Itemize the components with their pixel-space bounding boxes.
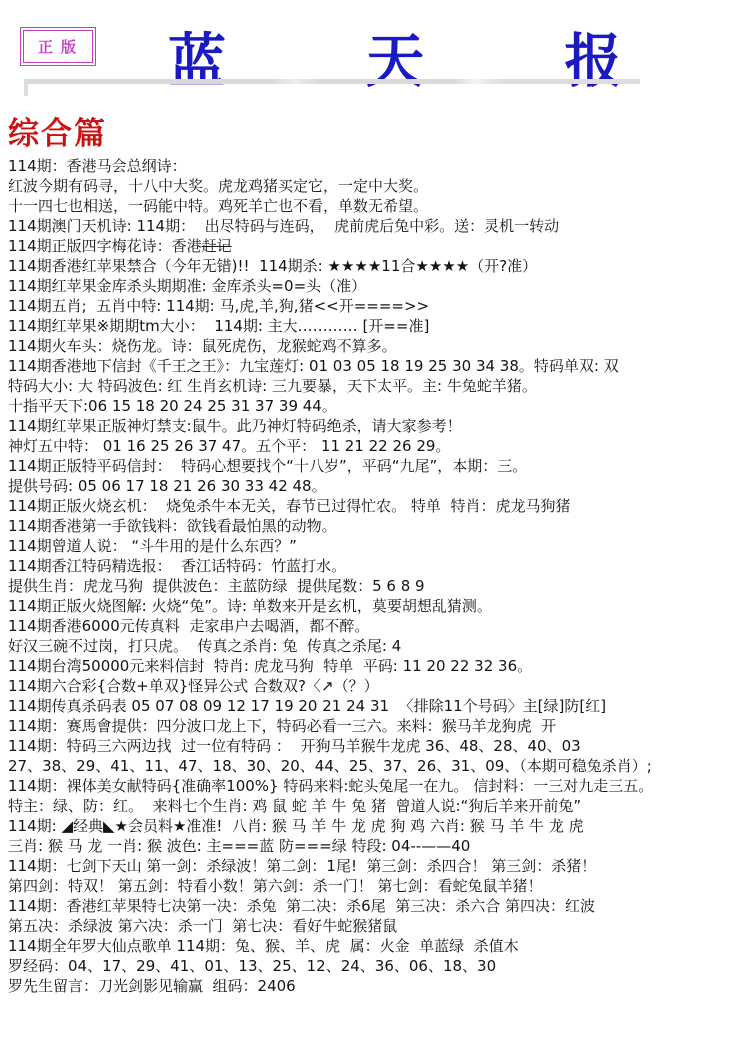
- text-line-content: 特主：绿、防：红。 来料七个生肖: 鸡 鼠 蛇 羊 牛 兔 猪 曾道人说:“狗后…: [8, 797, 581, 815]
- text-line: 114期香江特码精选报： 香江话特码：竹蓝打水。: [8, 556, 748, 576]
- text-line-content: 第四剑：特双！ 第五剑：特看小数！第六剑：杀一门！ 第七剑：看蛇兔鼠羊猪！: [8, 877, 543, 895]
- text-line-content: 114期全年罗大仙点歌单 114期：兔、猴、羊、虎 属：火金 单蓝绿 杀值木: [8, 937, 519, 955]
- text-line: 114期全年罗大仙点歌单 114期：兔、猴、羊、虎 属：火金 单蓝绿 杀值木: [8, 936, 748, 956]
- text-line: 114期红苹果正版神灯禁支:鼠牛。此乃神灯特码绝杀，请大家参考！: [8, 416, 748, 436]
- text-line-content: 114期正版四字梅花诗：香港: [8, 237, 202, 255]
- text-line: 114期五肖; 五肖中特: 114期: 马,虎,羊,狗,猪<<开====>>: [8, 296, 748, 316]
- text-line: 114期正版特平码信封： 特码心想要找个“十八岁”，平码“九尾”，本期：三。: [8, 456, 748, 476]
- text-line-content: 114期台湾50000元来料信封 特肖: 虎龙马狗 特单 平码: 11 20 2…: [8, 657, 532, 675]
- text-line-content: 114期香港地下信封《千王之王》：九宝莲灯: 01 03 05 18 19 25…: [8, 357, 619, 375]
- text-line: 27、38、29、41、11、47、18、30、20、44、25、37、26、3…: [8, 756, 748, 776]
- text-line: 114期：裸体美女献特码{准确率100%} 特码来料:蛇头兔尾一在九。 信封料：…: [8, 776, 748, 796]
- text-line: 114期台湾50000元来料信封 特肖: 虎龙马狗 特单 平码: 11 20 2…: [8, 656, 748, 676]
- text-line: 提供号码: 05 06 17 18 21 26 30 33 42 48。: [8, 476, 748, 496]
- text-line-content: 114期：赛馬會提供：四分波口龙上下，特码必看一三六。来料：猴马羊龙狗虎 开: [8, 717, 556, 735]
- text-line: 罗经码：04、17、29、41、01、13、25、12、24、36、06、18、…: [8, 956, 748, 976]
- text-line-content: 罗经码：04、17、29、41、01、13、25、12、24、36、06、18、…: [8, 957, 496, 975]
- text-line: 好汉三碗不过岗，打只虎。 传真之杀肖: 兔 传真之杀尾: 4: [8, 636, 748, 656]
- text-line-content: 114期火车头：烧伤龙。诗：鼠死虎伤，龙猴蛇鸡不算多。: [8, 337, 397, 355]
- text-line-content: 三肖: 猴 马 龙 一肖: 猴 波色: 主===蓝 防===绿 特段: 04--…: [8, 837, 470, 855]
- text-line-content: 114期曾道人说： “斗牛用的是什么东西？”: [8, 537, 297, 555]
- text-line: 114期红苹果金库杀头期期准: 金库杀头=0=头（准）: [8, 276, 748, 296]
- text-line: 神灯五中特： 01 16 25 26 37 47。五个平： 11 21 22 2…: [8, 436, 748, 456]
- text-line-content: 114期：香港红苹果特七决第一决：杀兔 第二决：杀6尾 第三决：杀六合 第四决：…: [8, 897, 595, 915]
- newspaper-page: 正版 蓝 天 报 综合篇 114期：香港马会总纲诗：红波今期有码寻，十八中大奖。…: [0, 0, 748, 1037]
- text-line: 三肖: 猴 马 龙 一肖: 猴 波色: 主===蓝 防===绿 特段: 04--…: [8, 836, 748, 856]
- text-line: 特码大小: 大 特码波色: 红 生肖玄机诗: 三九要暴，天下太平。主: 牛兔蛇羊…: [8, 376, 748, 396]
- text-line: 114期香港6000元传真料 走家串户去喝酒，都不醉。: [8, 616, 748, 636]
- text-line-content: 27、38、29、41、11、47、18、30、20、44、25、37、26、3…: [8, 757, 652, 775]
- text-line: 114期：特码三六两边找 过一位有特码 ： 开狗马羊猴牛龙虎 36、48、28、…: [8, 736, 748, 756]
- text-line-content: 114期红苹果※期期tm大小： 114期: 主大………… [开==准]: [8, 317, 429, 335]
- text-line: 十一四七也相送，一码能中特。鸡死羊亡也不看，单数无希望。: [8, 196, 748, 216]
- text-line: 114期：香港红苹果特七决第一决：杀兔 第二决：杀6尾 第三决：杀六合 第四决：…: [8, 896, 748, 916]
- text-line-content: 114期正版特平码信封： 特码心想要找个“十八岁”，平码“九尾”，本期：三。: [8, 457, 527, 475]
- text-line-content: 114期正版火烧玄机： 烧兔杀牛本无关，春节已过得忙农。 特单 特肖：虎龙马狗猪: [8, 497, 570, 515]
- text-line: 114期正版火烧玄机： 烧兔杀牛本无关，春节已过得忙农。 特单 特肖：虎龙马狗猪: [8, 496, 748, 516]
- text-line-content: 提供号码: 05 06 17 18 21 26 30 33 42 48。: [8, 477, 327, 495]
- text-line-content: 114期香江特码精选报： 香江话特码：竹蓝打水。: [8, 557, 346, 575]
- text-line-content: 114期六合彩{合数+单双}怪异公式 合数双?〈↗（？）: [8, 677, 379, 695]
- text-line: 十指平天下:06 15 18 20 24 25 31 37 39 44。: [8, 396, 748, 416]
- text-line-content: 罗先生留言：刀光剑影见输赢 组码：2406: [8, 977, 296, 995]
- text-line: 114期: ◢经典◣★会员料★准准! 八肖: 猴 马 羊 牛 龙 虎 狗 鸡 六…: [8, 816, 748, 836]
- text-line: 114期传真杀码表 05 07 08 09 12 17 19 20 21 24 …: [8, 696, 748, 716]
- text-line-content: 114期：特码三六两边找 过一位有特码 ： 开狗马羊猴牛龙虎 36、48、28、…: [8, 737, 581, 755]
- text-body: 114期：香港马会总纲诗：红波今期有码寻，十八中大奖。虎龙鸡猪买定它，一定中大奖…: [8, 156, 748, 996]
- scan-artifact-tick: [24, 84, 28, 96]
- text-line: 114期火车头：烧伤龙。诗：鼠死虎伤，龙猴蛇鸡不算多。: [8, 336, 748, 356]
- text-line-content: 114期：裸体美女献特码{准确率100%} 特码来料:蛇头兔尾一在九。 信封料：…: [8, 777, 653, 795]
- text-line-content: 114期红苹果金库杀头期期准: 金库杀头=0=头（准）: [8, 277, 366, 295]
- text-line: 114期澳门天机诗: 114期： 出尽特码与连码， 虎前虎后兔中彩。送：灵机一转…: [8, 216, 748, 236]
- text-line: 特主：绿、防：红。 来料七个生肖: 鸡 鼠 蛇 羊 牛 兔 猪 曾道人说:“狗后…: [8, 796, 748, 816]
- text-line-content: 特码大小: 大 特码波色: 红 生肖玄机诗: 三九要暴，天下太平。主: 牛兔蛇羊…: [8, 377, 537, 395]
- authenticity-stamp: 正版: [20, 27, 96, 66]
- scan-artifact-line: [24, 79, 640, 84]
- text-line-content: 114期香港红苹果禁合（今年无错)!! 114期杀: ★★★★11合★★★★（开…: [8, 257, 537, 275]
- text-line: 114期：赛馬會提供：四分波口龙上下，特码必看一三六。来料：猴马羊龙狗虎 开: [8, 716, 748, 736]
- text-line: 第五决：杀绿波 第六决：杀一门 第七决：看好牛蛇猴猪鼠: [8, 916, 748, 936]
- text-line-content: 114期传真杀码表 05 07 08 09 12 17 19 20 21 24 …: [8, 697, 606, 715]
- text-line: 114期六合彩{合数+单双}怪异公式 合数双?〈↗（？）: [8, 676, 748, 696]
- text-line: 114期正版四字梅花诗：香港赶记: [8, 236, 748, 256]
- text-line: 114期曾道人说： “斗牛用的是什么东西？”: [8, 536, 748, 556]
- text-line-content: 114期香港第一手欲钱料：欲钱看最怕黑的动物。: [8, 517, 337, 535]
- text-line-content: 第五决：杀绿波 第六决：杀一门 第七决：看好牛蛇猴猪鼠: [8, 917, 397, 935]
- text-line: 114期香港地下信封《千王之王》：九宝莲灯: 01 03 05 18 19 25…: [8, 356, 748, 376]
- text-line-content: 十一四七也相送，一码能中特。鸡死羊亡也不看，单数无希望。: [8, 197, 428, 215]
- text-line-content: 114期澳门天机诗: 114期： 出尽特码与连码， 虎前虎后兔中彩。送：灵机一转…: [8, 217, 559, 235]
- text-line-content: 114期香港6000元传真料 走家串户去喝酒，都不醉。: [8, 617, 369, 635]
- text-line-content: 114期：香港马会总纲诗：: [8, 157, 187, 175]
- text-line: 114期香港第一手欲钱料：欲钱看最怕黑的动物。: [8, 516, 748, 536]
- text-line: 红波今期有码寻，十八中大奖。虎龙鸡猪买定它，一定中大奖。: [8, 176, 748, 196]
- text-line: 114期：七剑下天山 第一剑：杀绿波！第二剑：1尾! 第三剑：杀四合！ 第三剑：…: [8, 856, 748, 876]
- text-line: 114期正版火烧图解: 火烧“兔”。诗: 单数来开是玄机，莫要胡想乱猜测。: [8, 596, 748, 616]
- text-line: 114期红苹果※期期tm大小： 114期: 主大………… [开==准]: [8, 316, 748, 336]
- text-line: 第四剑：特双！ 第五剑：特看小数！第六剑：杀一门！ 第七剑：看蛇兔鼠羊猪！: [8, 876, 748, 896]
- text-line-content: 114期五肖; 五肖中特: 114期: 马,虎,羊,狗,猪<<开====>>: [8, 297, 429, 315]
- struck-text: 赶记: [202, 237, 232, 255]
- text-line: 114期香港红苹果禁合（今年无错)!! 114期杀: ★★★★11合★★★★（开…: [8, 256, 748, 276]
- text-line-content: 红波今期有码寻，十八中大奖。虎龙鸡猪买定它，一定中大奖。: [8, 177, 428, 195]
- text-line-content: 好汉三碗不过岗，打只虎。 传真之杀肖: 兔 传真之杀尾: 4: [8, 637, 401, 655]
- section-heading: 综合篇: [8, 108, 107, 153]
- text-line-content: 提供生肖：虎龙马狗 提供波色：主蓝防绿 提供尾数：5 6 8 9: [8, 577, 425, 595]
- text-line: 罗先生留言：刀光剑影见输赢 组码：2406: [8, 976, 748, 996]
- text-line: 114期：香港马会总纲诗：: [8, 156, 748, 176]
- page-title: 蓝 天 报: [168, 14, 682, 98]
- text-line-content: 114期：七剑下天山 第一剑：杀绿波！第二剑：1尾! 第三剑：杀四合！ 第三剑：…: [8, 857, 596, 875]
- text-line-content: 114期: ◢经典◣★会员料★准准! 八肖: 猴 马 羊 牛 龙 虎 狗 鸡 六…: [8, 817, 584, 835]
- text-line-content: 114期正版火烧图解: 火烧“兔”。诗: 单数来开是玄机，莫要胡想乱猜测。: [8, 597, 492, 615]
- text-line-content: 十指平天下:06 15 18 20 24 25 31 37 39 44。: [8, 397, 337, 415]
- text-line-content: 神灯五中特： 01 16 25 26 37 47。五个平： 11 21 22 2…: [8, 437, 450, 455]
- text-line: 提供生肖：虎龙马狗 提供波色：主蓝防绿 提供尾数：5 6 8 9: [8, 576, 748, 596]
- text-line-content: 114期红苹果正版神灯禁支:鼠牛。此乃神灯特码绝杀，请大家参考！: [8, 417, 462, 435]
